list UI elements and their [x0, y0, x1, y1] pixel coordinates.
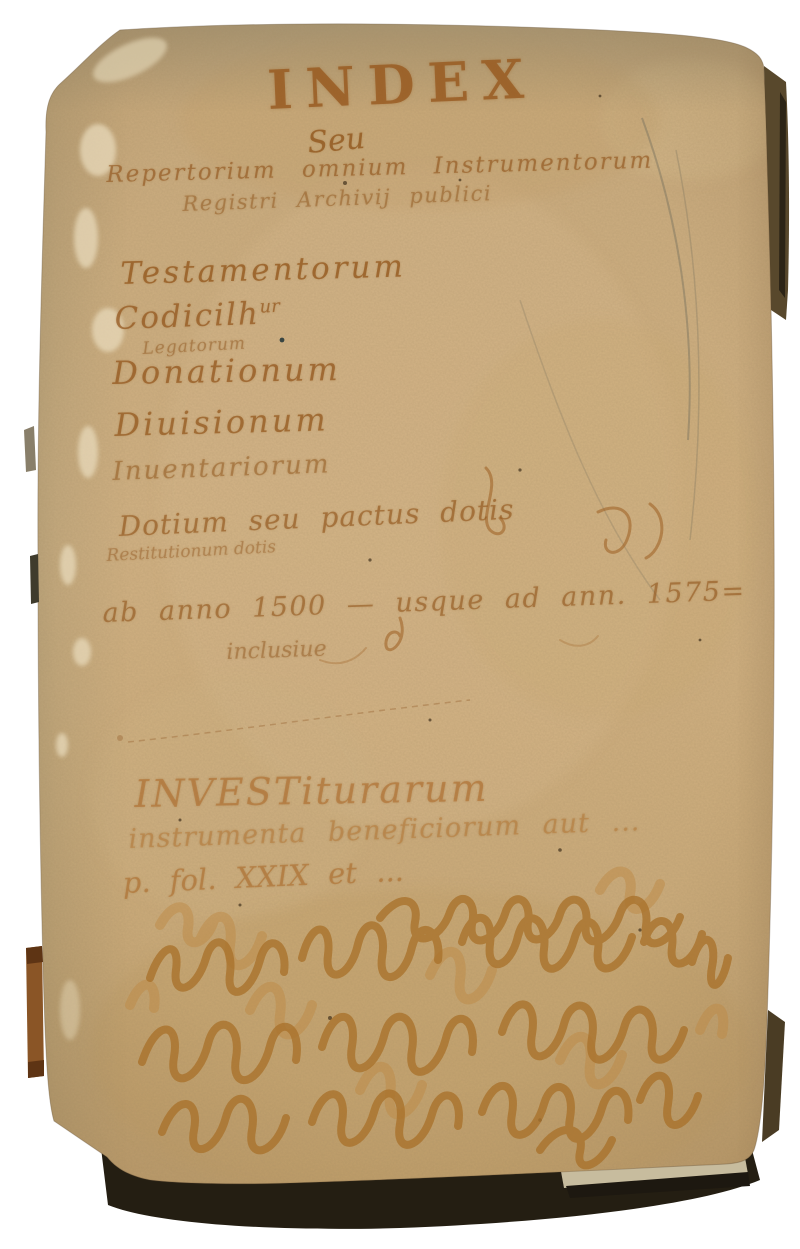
- lower-investiturarum: INVESTiturarum: [134, 766, 489, 816]
- entry-codicillorum-suffix: ur: [259, 296, 280, 318]
- entry-testamentorum: Testamentorum: [120, 249, 406, 292]
- date-inclusive-note: inclusiue: [226, 637, 327, 665]
- book-cover-photo: INDEX Seu Repertorium omnium Instrumento…: [0, 0, 800, 1249]
- entry-donationum: Donationum: [112, 350, 341, 392]
- entry-codicillorum-base: Codicilh: [114, 296, 260, 337]
- title-index: INDEX: [266, 46, 538, 122]
- entry-divisionum: Diuisionum: [114, 400, 329, 444]
- entry-codicillorum: Codicilhur: [114, 295, 281, 337]
